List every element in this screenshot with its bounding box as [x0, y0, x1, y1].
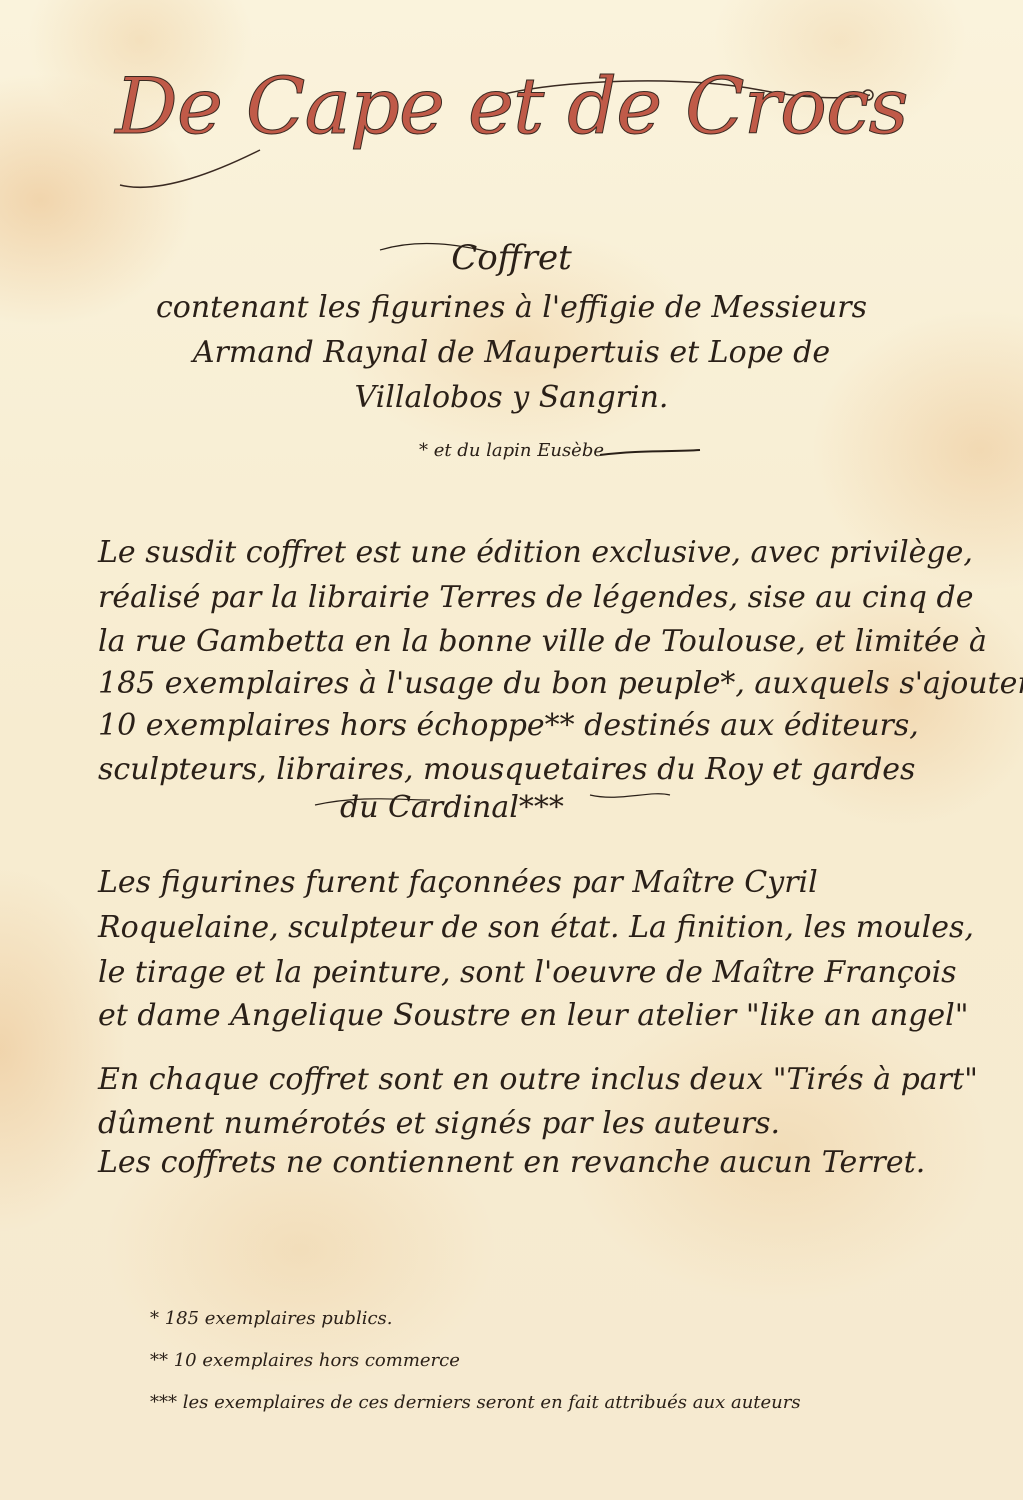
parchment-page: De Cape et de Crocs Coffret contenant le…: [0, 0, 1023, 1500]
paragraph-line: Le susdit coffret est une édition exclus…: [98, 535, 973, 570]
paragraph-line: 185 exemplaires à l'usage du bon peuple*…: [98, 666, 1023, 701]
paragraph-line: En chaque coffret sont en outre inclus d…: [98, 1062, 978, 1097]
paragraph-line: Roquelaine, sculpteur de son état. La fi…: [98, 910, 974, 945]
paragraph-line: du Cardinal***: [340, 790, 564, 825]
paragraph-line: 10 exemplaires hors échoppe** destinés a…: [98, 708, 919, 743]
footnote: ** 10 exemplaires hors commerce: [150, 1350, 460, 1371]
paragraph-line: sculpteurs, libraires, mousquetaires du …: [98, 752, 915, 787]
title-flourish-decoration: [0, 0, 1023, 1500]
paragraph-line: réalisé par la librairie Terres de légen…: [98, 580, 973, 615]
paragraph-line: dûment numérotés et signés par les auteu…: [98, 1106, 780, 1141]
paragraph-line: la rue Gambetta en la bonne ville de Tou…: [98, 624, 987, 659]
paragraph-line: le tirage et la peinture, sont l'oeuvre …: [98, 955, 957, 990]
footnote: * 185 exemplaires publics.: [150, 1308, 393, 1329]
footnote: *** les exemplaires de ces derniers sero…: [150, 1392, 801, 1413]
paragraph-line: et dame Angelique Soustre en leur atelie…: [98, 998, 969, 1033]
intro-line: Armand Raynal de Maupertuis et Lope de: [0, 335, 1023, 370]
intro-note: * et du lapin Eusèbe: [0, 440, 1023, 461]
intro-line: Villalobos y Sangrin.: [0, 380, 1023, 415]
paragraph-line: Les figurines furent façonnées par Maîtr…: [98, 865, 818, 900]
document-subtitle: Coffret: [0, 238, 1023, 278]
document-title: De Cape et de Crocs: [0, 62, 1023, 152]
paragraph-line: Les coffrets ne contiennent en revanche …: [98, 1145, 925, 1180]
intro-line: contenant les figurines à l'effigie de M…: [0, 290, 1023, 325]
